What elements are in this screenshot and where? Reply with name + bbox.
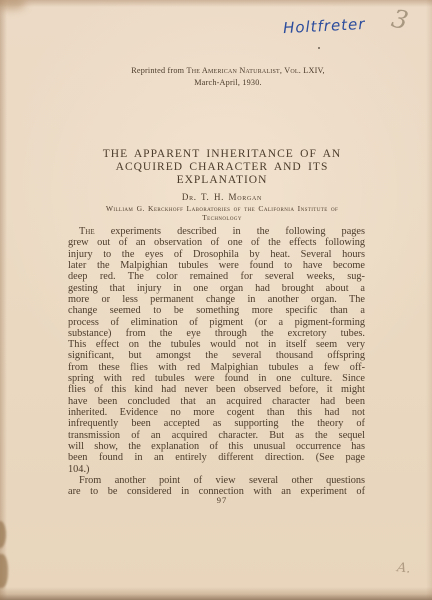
reprint-prefix: Reprinted from: [131, 66, 186, 75]
body-line: been found in an entirely different dire…: [68, 452, 365, 463]
body-line: inherited. Evidence no more cogent than …: [68, 407, 365, 418]
journal-name: The American Naturalist, Vol. LXIV,: [187, 66, 325, 75]
body-line: The experiments described in the followi…: [68, 226, 365, 237]
document-page: Holtfreter 3 Reprinted from The American…: [0, 0, 432, 600]
body-line: gesting that injury in one organ had bro…: [68, 283, 365, 294]
title-line: THE APPARENT INHERITANCE OF AN: [12, 148, 432, 161]
article-body: The experiments described in the followi…: [68, 226, 365, 498]
body-line: deep red. The color remained for several…: [68, 271, 365, 282]
body-line: flies of this kind had never been observ…: [68, 384, 365, 395]
body-line: significant, but amongst the several tho…: [68, 350, 365, 361]
body-line: infrequently been accepted as supporting…: [68, 418, 365, 429]
body-line: change seemed to be something more speci…: [68, 305, 365, 316]
body-line: from these flies with red Malpighian tub…: [68, 362, 365, 373]
body-line: more or less permanent change in another…: [68, 294, 365, 305]
affiliation-line: William G. Kerckhoff Laboratories of the…: [12, 204, 432, 213]
body-line: substance) from the eye through the excr…: [68, 328, 365, 339]
article-title: THE APPARENT INHERITANCE OF AN ACQUIRED …: [12, 148, 432, 188]
page-number: 97: [12, 495, 432, 505]
body-line: process of elimination of pigment (or a …: [68, 317, 365, 328]
pencil-mark: A.: [396, 560, 411, 577]
lead-word: The: [79, 226, 95, 237]
body-line: 104.): [68, 464, 365, 475]
body-line: will show, the explanation of this unusu…: [68, 441, 365, 452]
affiliation-line: Technology: [12, 213, 432, 222]
body-line: This effect on the tubules would not in …: [68, 339, 365, 350]
body-line: From another point of view several other…: [68, 475, 365, 486]
body-line: spring with red tubules were found in on…: [68, 373, 365, 384]
title-line: EXPLANATION: [12, 174, 432, 187]
reprint-note: Reprinted from The American Naturalist, …: [24, 65, 432, 88]
body-line: grew out of an observation of one of the…: [68, 237, 365, 248]
author-byline: Dr. T. H. Morgan: [12, 192, 432, 203]
reprint-source-line: Reprinted from The American Naturalist, …: [24, 65, 432, 77]
body-line: injury to the eyes of Drosophila by heat…: [68, 249, 365, 260]
body-line: transmission of an acquired character. B…: [68, 430, 365, 441]
body-line: later the Malpighian tubules were found …: [68, 260, 365, 271]
reprint-date-line: March-April, 1930.: [24, 77, 432, 89]
body-line-text: experiments described in the following p…: [95, 226, 365, 237]
ink-speck: [318, 47, 320, 49]
body-line: have been concluded that an acquired cha…: [68, 396, 365, 407]
title-line: ACQUIRED CHARACTER AND ITS: [12, 161, 432, 174]
author-affiliation: William G. Kerckhoff Laboratories of the…: [12, 204, 432, 223]
